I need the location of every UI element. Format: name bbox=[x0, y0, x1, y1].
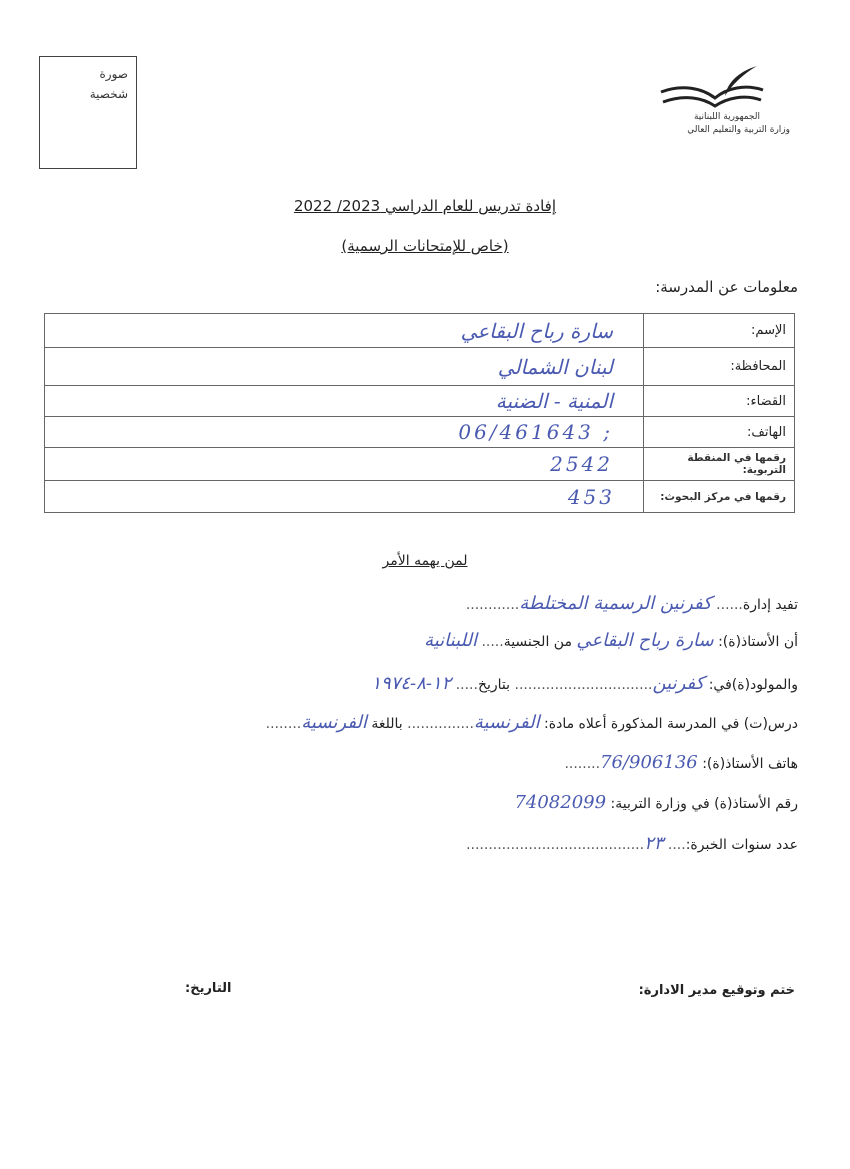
ministry-number-line: رقم الأستاذ(ة) في وزارة التربية: 7408209… bbox=[514, 792, 798, 813]
photo-label: صورة شخصية bbox=[58, 64, 128, 104]
title-sub: (خاص للإمتحانات الرسمية) bbox=[341, 237, 508, 255]
admin-label: تفيد إدارة bbox=[743, 597, 798, 613]
document-subtitle: (خاص للإمتحانات الرسمية) bbox=[0, 237, 850, 255]
nationality-label: من الجنسية bbox=[504, 634, 572, 650]
to-whom-text: لمن يهمه الأمر bbox=[383, 553, 468, 569]
language-label: باللغة bbox=[371, 716, 402, 732]
subject-label: درس(ت) في المدرسة المذكورة أعلاه مادة: bbox=[544, 716, 798, 732]
teacher-phone-label: هاتف الأستاذ(ة): bbox=[702, 756, 798, 772]
birthplace-value[interactable]: كفرنين bbox=[652, 673, 704, 694]
subject-line: درس(ت) في المدرسة المذكورة أعلاه مادة: ا… bbox=[266, 712, 798, 733]
logo-ministry-text: وزارة التربية والتعليم العالي bbox=[687, 125, 790, 135]
ministry-number-label: رقم الأستاذ(ة) في وزارة التربية: bbox=[611, 796, 798, 812]
handwritten-research-number: 453 bbox=[568, 485, 615, 509]
photo-label-line1: صورة bbox=[58, 64, 128, 84]
table-row: الهاتف: 06/461643 ; bbox=[45, 417, 795, 448]
table-row: رقمها في المنقطة التربوية: 2542 bbox=[45, 448, 795, 481]
label-name: الإسم: bbox=[644, 314, 795, 348]
table-row: المحافظة: لبنان الشمالي bbox=[45, 348, 795, 386]
logo-republic-text: الجمهورية اللبنانية bbox=[694, 112, 760, 122]
label-research-center-number: رقمها في مركز البحوث: bbox=[644, 481, 795, 513]
value-cell[interactable]: المنية - الضنية bbox=[45, 386, 644, 417]
photo-label-line2: شخصية bbox=[58, 84, 128, 104]
admin-value[interactable]: كفرنين الرسمية المختلطة bbox=[519, 593, 712, 614]
experience-line: عدد سنوات الخبرة:.... ٢٣................… bbox=[466, 833, 798, 854]
experience-value[interactable]: ٢٣ bbox=[644, 833, 663, 854]
teacher-phone-line: هاتف الأستاذ(ة): 76/906136........ bbox=[564, 752, 798, 773]
title-main: إفادة تدريس للعام الدراسي 2023/ 2022 bbox=[294, 197, 556, 215]
birthdate-value[interactable]: ١٢-٨-١٩٧٤ bbox=[371, 673, 451, 694]
school-info-heading: معلومات عن المدرسة: bbox=[655, 278, 798, 296]
birthdate-label: بتاريخ bbox=[478, 677, 510, 693]
ministry-number-value[interactable]: 74082099 bbox=[514, 792, 606, 813]
value-cell[interactable]: لبنان الشمالي bbox=[45, 348, 644, 386]
admin-line: تفيد إدارة...... كفرنين الرسمية المختلطة… bbox=[466, 593, 798, 614]
value-cell[interactable]: 453 bbox=[45, 481, 644, 513]
label-district: القضاء: bbox=[644, 386, 795, 417]
handwritten-phone: 06/461643 ; bbox=[458, 420, 613, 444]
personal-photo-box: صورة شخصية bbox=[39, 56, 137, 169]
teacher-line: أن الأستاذ(ة): سارة رباح البقاعي من الجن… bbox=[424, 630, 798, 651]
value-cell[interactable]: 2542 bbox=[45, 448, 644, 481]
label-governorate: المحافظة: bbox=[644, 348, 795, 386]
ministry-logo: الجمهورية اللبنانية وزارة التربية والتعل… bbox=[655, 62, 780, 144]
language-value[interactable]: الفرنسية bbox=[301, 712, 367, 733]
handwritten-district: المنية - الضنية bbox=[496, 389, 613, 413]
teacher-phone-value[interactable]: 76/906136 bbox=[600, 752, 698, 773]
label-educational-zone-number: رقمها في المنقطة التربوية: bbox=[644, 448, 795, 481]
birth-line: والمولود(ة)في: كفرنين...................… bbox=[371, 673, 798, 694]
table-row: الإسم: سارة رباح البقاعي bbox=[45, 314, 795, 348]
table-row: رقمها في مركز البحوث: 453 bbox=[45, 481, 795, 513]
document-title: إفادة تدريس للعام الدراسي 2023/ 2022 bbox=[0, 197, 850, 215]
value-cell[interactable]: سارة رباح البقاعي bbox=[45, 314, 644, 348]
subject-value[interactable]: الفرنسية bbox=[474, 712, 540, 733]
signature-label: ختم وتوقيع مدير الادارة: bbox=[639, 983, 795, 998]
table-row: القضاء: المنية - الضنية bbox=[45, 386, 795, 417]
teacher-label: أن الأستاذ(ة): bbox=[718, 634, 798, 650]
nationality-value[interactable]: اللبنانية bbox=[424, 630, 477, 651]
label-phone: الهاتف: bbox=[644, 417, 795, 448]
birthplace-label: والمولود(ة)في: bbox=[709, 677, 798, 693]
experience-label: عدد سنوات الخبرة: bbox=[686, 837, 798, 853]
open-book-pen-icon bbox=[657, 62, 767, 110]
handwritten-governorate: لبنان الشمالي bbox=[498, 355, 613, 379]
handwritten-zone-number: 2542 bbox=[550, 452, 613, 476]
school-info-table: الإسم: سارة رباح البقاعي المحافظة: لبنان… bbox=[44, 313, 795, 513]
date-label: التاريخ: bbox=[185, 981, 231, 996]
value-cell[interactable]: 06/461643 ; bbox=[45, 417, 644, 448]
teacher-value[interactable]: سارة رباح البقاعي bbox=[576, 630, 713, 651]
to-whom-heading: لمن يهمه الأمر bbox=[0, 553, 850, 569]
handwritten-school-name: سارة رباح البقاعي bbox=[461, 319, 613, 343]
